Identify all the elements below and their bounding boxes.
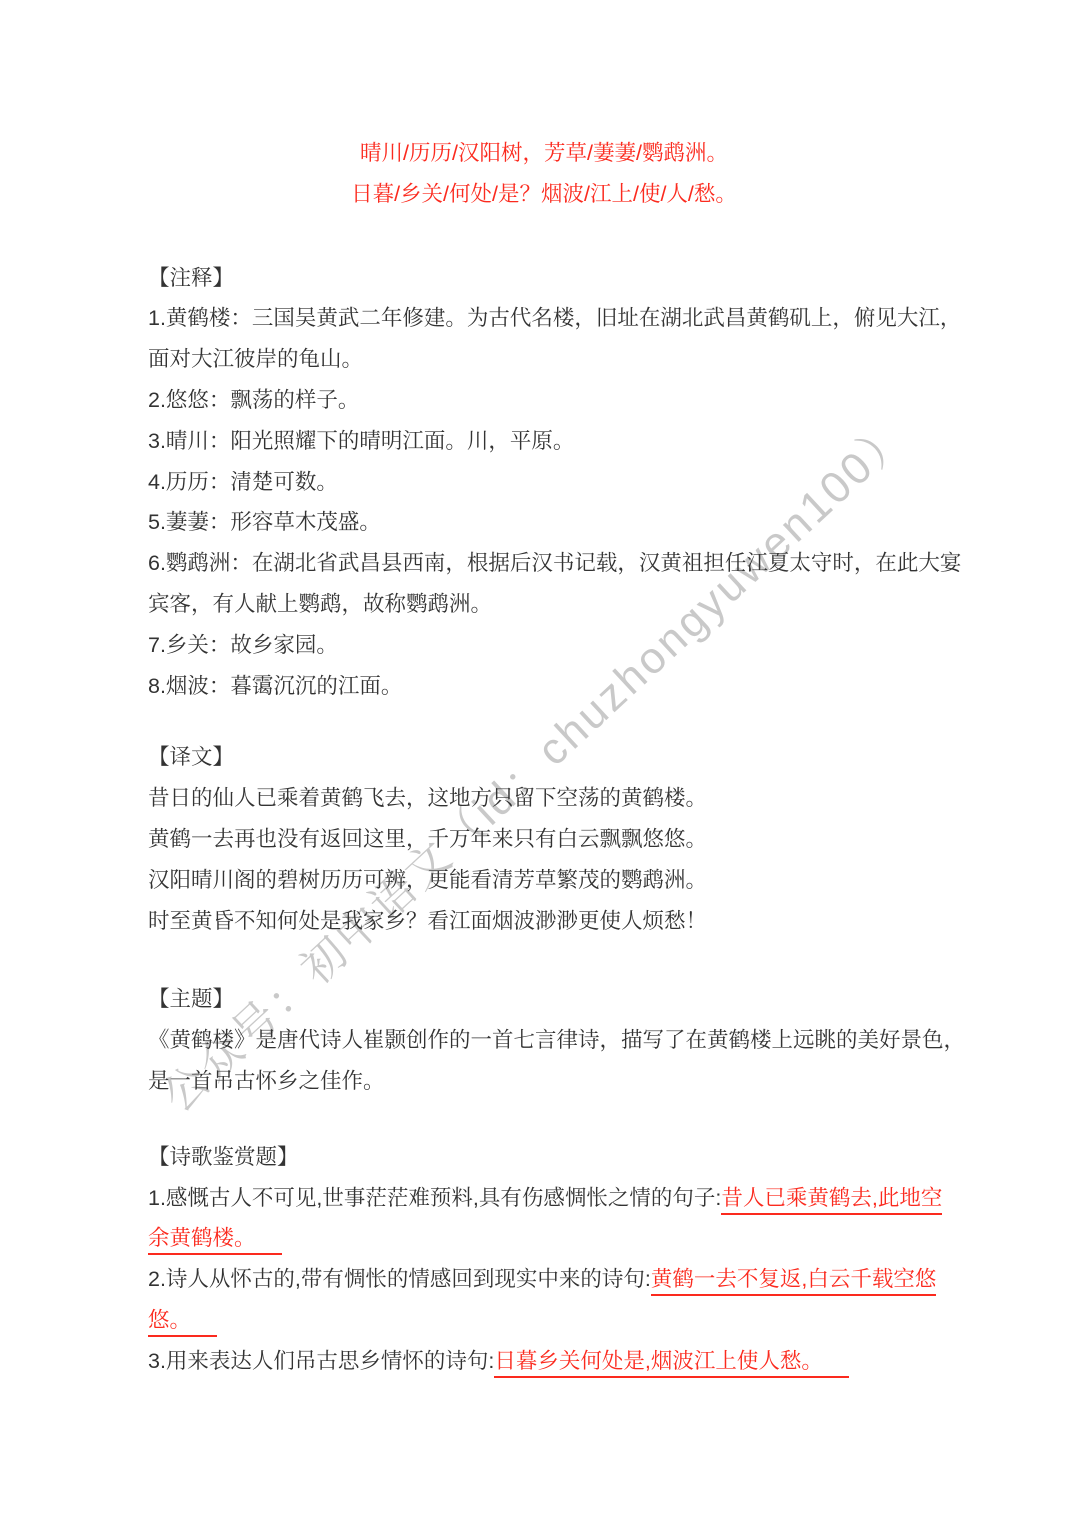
translation-line: 汉阳晴川阁的碧树历历可辨，更能看清芳草繁茂的鹦鹉洲。 xyxy=(148,860,940,901)
document-content: 晴川/历历/汉阳树，芳草/萋萋/鹦鹉洲。 日暮/乡关/何处/是？烟波/江上/使/… xyxy=(148,0,940,1382)
translation-line: 黄鹤一去再也没有返回这里，千万年来只有白云飘飘悠悠。 xyxy=(148,819,940,860)
poem-line: 日暮/乡关/何处/是？烟波/江上/使/人/愁。 xyxy=(148,174,940,215)
note-line: 面对大江彼岸的龟山。 xyxy=(148,339,940,380)
note-line: 4.历历：清楚可数。 xyxy=(148,462,940,503)
note-line: 2.悠悠：飘荡的样子。 xyxy=(148,380,940,421)
question-answer: 昔人已乘黄鹤去,此地空 xyxy=(721,1186,942,1215)
theme-line: 《黄鹤楼》是唐代诗人崔颢创作的一首七言律诗，描写了在黄鹤楼上远眺的美好景色， xyxy=(148,1020,940,1061)
theme-line: 是一首吊古怀乡之佳作。 xyxy=(148,1061,940,1102)
section-questions: 【诗歌鉴赏题】 1.感慨古人不可见,世事茫茫难预料,具有伤感惆怅之情的句子:昔人… xyxy=(148,1137,940,1382)
note-line: 宾客，有人献上鹦鹉，故称鹦鹉洲。 xyxy=(148,584,940,625)
translation-line: 昔日的仙人已乘着黄鹤飞去，这地方只留下空荡的黄鹤楼。 xyxy=(148,778,940,819)
section-heading: 【译文】 xyxy=(148,737,940,778)
section-notes: 【注释】 1.黄鹤楼：三国吴黄武二年修建。为古代名楼，旧址在湖北武昌黄鹤矶上，俯… xyxy=(148,258,940,707)
note-line: 3.晴川：阳光照耀下的晴明江面。川，平原。 xyxy=(148,421,940,462)
poem-excerpt: 晴川/历历/汉阳树，芳草/萋萋/鹦鹉洲。 日暮/乡关/何处/是？烟波/江上/使/… xyxy=(148,133,940,215)
section-heading: 【诗歌鉴赏题】 xyxy=(148,1137,940,1178)
note-line: 1.黄鹤楼：三国吴黄武二年修建。为古代名楼，旧址在湖北武昌黄鹤矶上，俯见大江， xyxy=(148,298,940,339)
question-line: 3.用来表达人们吊古思乡情怀的诗句:日暮乡关何处是,烟波江上使人愁。 xyxy=(148,1341,940,1382)
note-line: 6.鹦鹉洲：在湖北省武昌县西南，根据后汉书记载，汉黄祖担任江夏太守时，在此大宴 xyxy=(148,543,940,584)
note-line: 7.乡关：故乡家园。 xyxy=(148,625,940,666)
document-page: 公众号：初中语文（id：chuzhongyuwen100） 晴川/历历/汉阳树，… xyxy=(0,0,1080,1528)
question-line: 悠。 xyxy=(148,1300,940,1341)
poem-line: 晴川/历历/汉阳树，芳草/萋萋/鹦鹉洲。 xyxy=(148,133,940,174)
question-prompt: 1.感慨古人不可见,世事茫茫难预料,具有伤感惆怅之情的句子: xyxy=(148,1186,721,1210)
question-answer: 日暮乡关何处是,烟波江上使人愁。 xyxy=(494,1349,848,1378)
note-line: 5.萋萋：形容草木茂盛。 xyxy=(148,502,940,543)
section-theme: 【主题】 《黄鹤楼》是唐代诗人崔颢创作的一首七言律诗，描写了在黄鹤楼上远眺的美好… xyxy=(148,979,940,1101)
question-answer: 余黄鹤楼。 xyxy=(148,1226,282,1255)
section-heading: 【主题】 xyxy=(148,979,940,1020)
section-heading: 【注释】 xyxy=(148,258,940,299)
question-line: 余黄鹤楼。 xyxy=(148,1218,940,1259)
question-prompt: 2.诗人从怀古的,带有惆怅的情感回到现实中来的诗句: xyxy=(148,1267,651,1291)
question-answer: 黄鹤一去不复返,白云千载空悠 xyxy=(651,1267,936,1296)
translation-line: 时至黄昏不知何处是我家乡？看江面烟波渺渺更使人烦愁！ xyxy=(148,901,940,942)
question-answer: 悠。 xyxy=(148,1308,217,1337)
question-line: 1.感慨古人不可见,世事茫茫难预料,具有伤感惆怅之情的句子:昔人已乘黄鹤去,此地… xyxy=(148,1178,940,1219)
question-prompt: 3.用来表达人们吊古思乡情怀的诗句: xyxy=(148,1349,494,1373)
note-line: 8.烟波：暮霭沉沉的江面。 xyxy=(148,666,940,707)
section-translation: 【译文】 昔日的仙人已乘着黄鹤飞去，这地方只留下空荡的黄鹤楼。 黄鹤一去再也没有… xyxy=(148,737,940,941)
question-line: 2.诗人从怀古的,带有惆怅的情感回到现实中来的诗句:黄鹤一去不复返,白云千载空悠 xyxy=(148,1259,940,1300)
